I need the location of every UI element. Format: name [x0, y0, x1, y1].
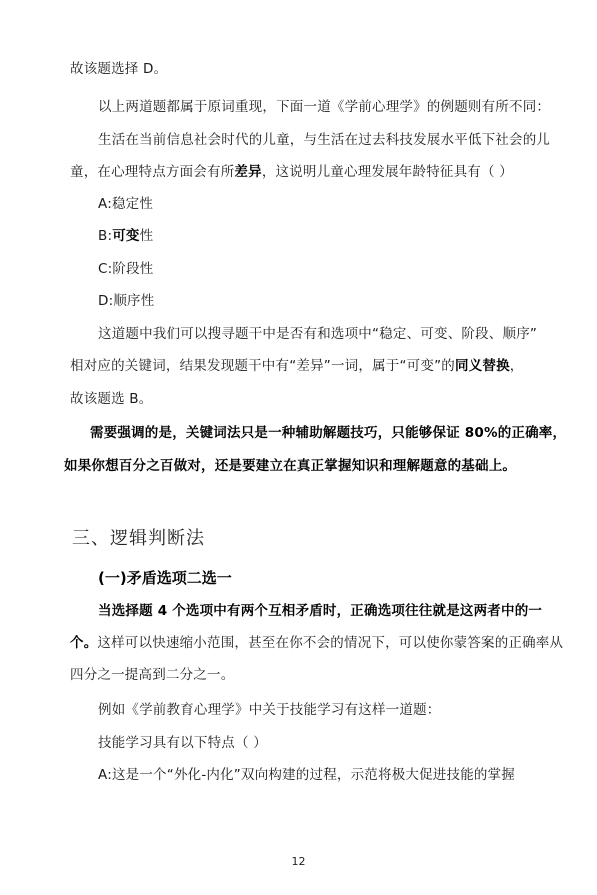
text-span: ，	[510, 358, 524, 374]
question-stem-line: 生活在当前信息社会时代的儿童，与生活在过去科技发展水平低下社会的儿	[98, 131, 550, 149]
keyword-bold: 个。	[70, 635, 97, 651]
text-span: ，这说明儿童心理发展年龄特征具有（ ）	[262, 164, 513, 180]
paragraph-line: 个。这样可以快速缩小范围，甚至在你不会的情况下，可以使你蒙答案的正确率从	[70, 634, 563, 652]
text-span: 童，在心理特点方面会有所	[70, 164, 234, 180]
option-a: A:这是一个“外化-内化”双向构建的过程，示范将极大促进技能的掌握	[98, 766, 515, 784]
paragraph-line: 故该题选择 D。	[70, 60, 167, 78]
paragraph-line: 以上两道题都属于原词重现，下面一道《学前心理学》的例题则有所不同：	[98, 98, 550, 116]
paragraph-line: 故该题选 B。	[70, 390, 152, 408]
subsection-heading: (一)矛盾选项二选一	[98, 567, 232, 588]
emphasis-line: 当选择题 4 个选项中有两个互相矛盾时，正确选项往往就是这两者中的一	[98, 602, 542, 620]
text-span: B:	[98, 228, 112, 244]
text-span: 这样可以快速缩小范围，甚至在你不会的情况下，可以使你蒙答案的正确率从	[97, 635, 563, 651]
paragraph-line: 例如《学前教育心理学》中关于技能学习有这样一道题：	[98, 701, 441, 719]
emphasis-line: 需要强调的是，关键词法只是一种辅助解题技巧，只能够保证 80%的正确率，	[90, 424, 566, 442]
keyword-bold: 同义替换	[455, 358, 510, 374]
question-stem-line: 技能学习具有以下特点（ ）	[98, 734, 267, 752]
paragraph-line: 这道题中我们可以搜寻题干中是否有和选项中“稳定、可变、阶段、顺序”	[98, 325, 537, 343]
keyword-bold: 差异	[234, 164, 261, 180]
text-span: 相对应的关键词，结果发现题干中有“差异”一词，属于“可变”的	[70, 358, 455, 374]
question-stem-line: 童，在心理特点方面会有所差异，这说明儿童心理发展年龄特征具有（ ）	[70, 163, 513, 181]
option-a: A:稳定性	[98, 195, 153, 213]
option-c: C:阶段性	[98, 260, 153, 278]
page-number: 12	[0, 855, 597, 868]
paragraph-line: 相对应的关键词，结果发现题干中有“差异”一词，属于“可变”的同义替换，	[70, 357, 524, 375]
option-d: D:顺序性	[98, 292, 154, 310]
text-span: 性	[140, 228, 154, 244]
paragraph-line: 四分之一提高到二分之一。	[70, 666, 234, 684]
keyword-bold: 可变	[112, 228, 139, 244]
emphasis-line: 如果你想百分之百做对，还是要建立在真正掌握知识和理解题意的基础上。	[64, 457, 516, 475]
option-b: B:可变性	[98, 227, 153, 245]
section-heading: 三、逻辑判断法	[72, 524, 205, 550]
